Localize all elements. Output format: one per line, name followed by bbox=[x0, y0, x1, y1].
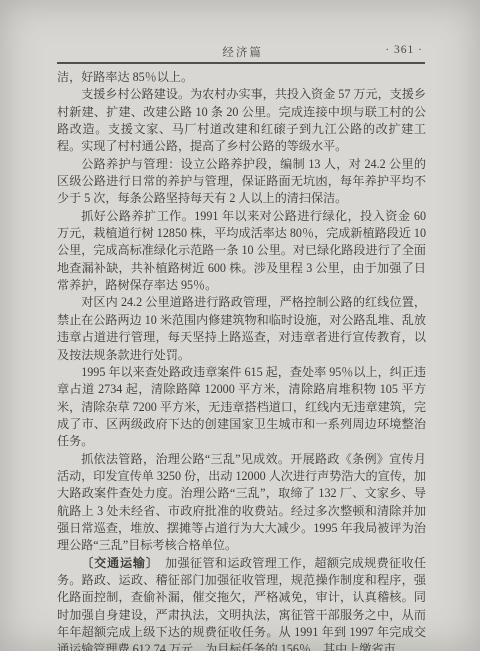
header-divider bbox=[57, 62, 425, 64]
paragraph: 洁，好路率达 85％以上。 bbox=[57, 69, 426, 86]
paragraph: 抓依法管路，治理公路“三乱”见成效。开展路政《条例》宣传月活动，印发宣传单 32… bbox=[57, 451, 426, 555]
scanned-page: 经济篇 · 361 · 洁，好路率达 85％以上。 支援乡村公路建设。为农村办实… bbox=[0, 0, 480, 651]
paragraph: 公路养护与管理：设立公路养护段，编制 13 人，对 24.2 公里的区级公路进行… bbox=[57, 156, 426, 208]
section-title: 经济篇 bbox=[222, 44, 263, 60]
paragraph: 〔交通运输〕 加强征管和运政管理工作，超额完成规费征收任务。路政、运政、稽征部门… bbox=[57, 555, 426, 651]
paragraph: 抓好公路养扩工作。1991 年以来对公路进行绿化，投入资金 60 万元，栽植道行… bbox=[57, 208, 426, 295]
paragraph: 对区内 24.2 公里道路进行路政管理，严格控制公路的红线位置，禁止在公路两边 … bbox=[57, 294, 426, 363]
paragraph: 1995 年以来查处路政违章案件 615 起，查处率 95％以上，纠正违章占道 … bbox=[57, 364, 426, 451]
page-header: 经济篇 · 361 · bbox=[57, 44, 425, 60]
page-number: · 361 · bbox=[385, 44, 423, 56]
paragraph: 支援乡村公路建设。为农村办实事，共投入资金 57 万元，支援乡村新建、扩建、改建… bbox=[57, 86, 426, 155]
entry-heading: 〔交通运输〕 bbox=[81, 556, 153, 570]
page-body: 洁，好路率达 85％以上。 支援乡村公路建设。为农村办实事，共投入资金 57 万… bbox=[57, 69, 426, 651]
